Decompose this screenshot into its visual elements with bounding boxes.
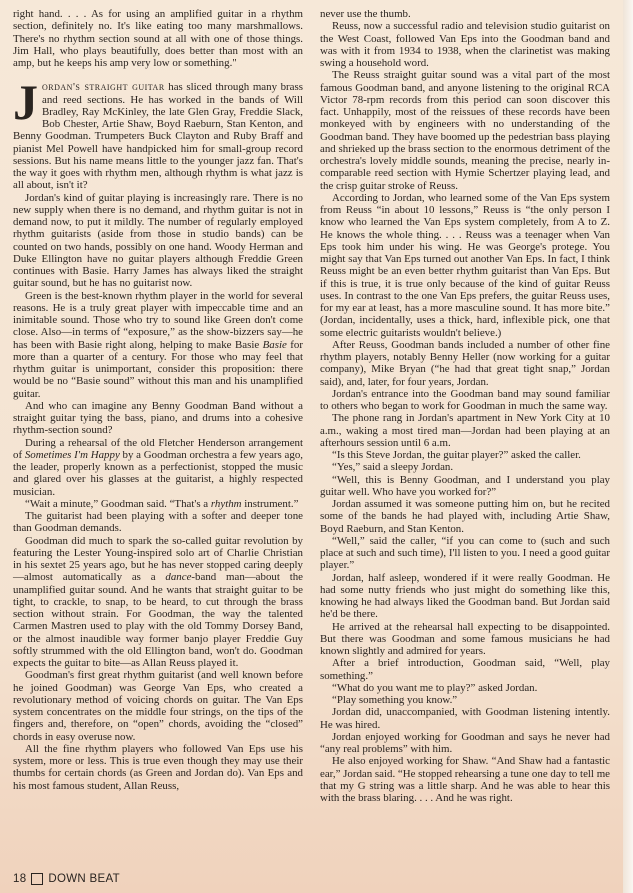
paragraph: Jordan assumed it was someone putting hi… (320, 498, 610, 535)
paragraph-text: has sliced through many brass and reed s… (13, 81, 303, 191)
paragraph: He also enjoyed working for Shaw. “And S… (320, 755, 610, 804)
paragraph: Jordan's kind of guitar playing is incre… (13, 192, 303, 290)
paragraph: And who can imagine any Benny Goodman Ba… (13, 400, 303, 437)
paragraph: According to Jordan, who learned some of… (320, 192, 610, 339)
paragraph: “Well,” said the caller, “if you can com… (320, 535, 610, 572)
paragraph: Jordan, half asleep, wondered if it were… (320, 572, 610, 621)
paragraph: He arrived at the rehearsal hall expecti… (320, 621, 610, 658)
paragraph: After Reuss, Goodman bands included a nu… (320, 339, 610, 388)
text: in­strument.” (242, 498, 299, 510)
lead-in: ordan's straight guitar (42, 81, 165, 93)
publication-name: DOWN BEAT (48, 873, 120, 885)
text: “Wait a minute,” Goodman said. “That's a (25, 498, 211, 510)
paragraph-dropcap: Jordan's straight guitar has sliced thro… (13, 81, 303, 191)
paragraph: The Reuss straight guitar sound was a vi… (320, 69, 610, 192)
paragraph: The guitarist had been playing with a so… (13, 510, 303, 535)
page-number: 18 (13, 873, 26, 885)
paragraph: Goodman did much to spark the so-called … (13, 535, 303, 670)
paragraph: The phone rang in Jordan's apartment in … (320, 412, 610, 449)
paragraph: Reuss, now a successful radio and televi… (320, 20, 610, 69)
italic-text: rhythm (211, 498, 242, 510)
magazine-page: right hand. . . . As for using an amplif… (13, 8, 610, 843)
paragraph: “Play something you know.” (320, 694, 610, 706)
paragraph: “Is this Steve Jordan, the guitar player… (320, 449, 610, 461)
page-edge (623, 0, 633, 893)
paragraph: Jordan enjoyed working for Goodman and s… (320, 731, 610, 756)
italic-text: Basie (263, 339, 287, 351)
box-icon (31, 873, 43, 885)
paragraph: Jordan's entrance into the Goodman band … (320, 388, 610, 413)
right-column: never use the thumb. Reuss, now a succes… (320, 8, 610, 843)
paragraph: “Well, this is Benny Goodman, and I unde… (320, 474, 610, 499)
paragraph: Goodman's first great rhythm guitarist (… (13, 669, 303, 743)
drop-cap: J (13, 83, 38, 121)
text: -band man—about the unamplified guitar s… (13, 571, 303, 669)
text: Green is the best-known rhythm player in… (13, 290, 303, 351)
paragraph: After a brief introduction, Goodman said… (320, 657, 610, 682)
paragraph: right hand. . . . As for using an amplif… (13, 8, 303, 69)
page-footer: 18 DOWN BEAT (13, 873, 120, 885)
paragraph: “Wait a minute,” Goodman said. “That's a… (13, 498, 303, 510)
paragraph: Jordan did, unaccompanied, with Goodman … (320, 706, 610, 731)
paragraph: Green is the best-known rhythm player in… (13, 290, 303, 400)
italic-text: dance (165, 571, 191, 583)
paragraph: All the fine rhythm players who followed… (13, 743, 303, 792)
paragraph: never use the thumb. (320, 8, 610, 20)
left-column: right hand. . . . As for using an amplif… (13, 8, 303, 843)
song-title: Sometimes I'm Happy (25, 449, 120, 461)
paragraph: “What do you want me to play?” asked Jor… (320, 682, 610, 694)
paragraph: “Yes,” said a sleepy Jordan. (320, 461, 610, 473)
paragraph: During a rehearsal of the old Fletcher H… (13, 437, 303, 498)
